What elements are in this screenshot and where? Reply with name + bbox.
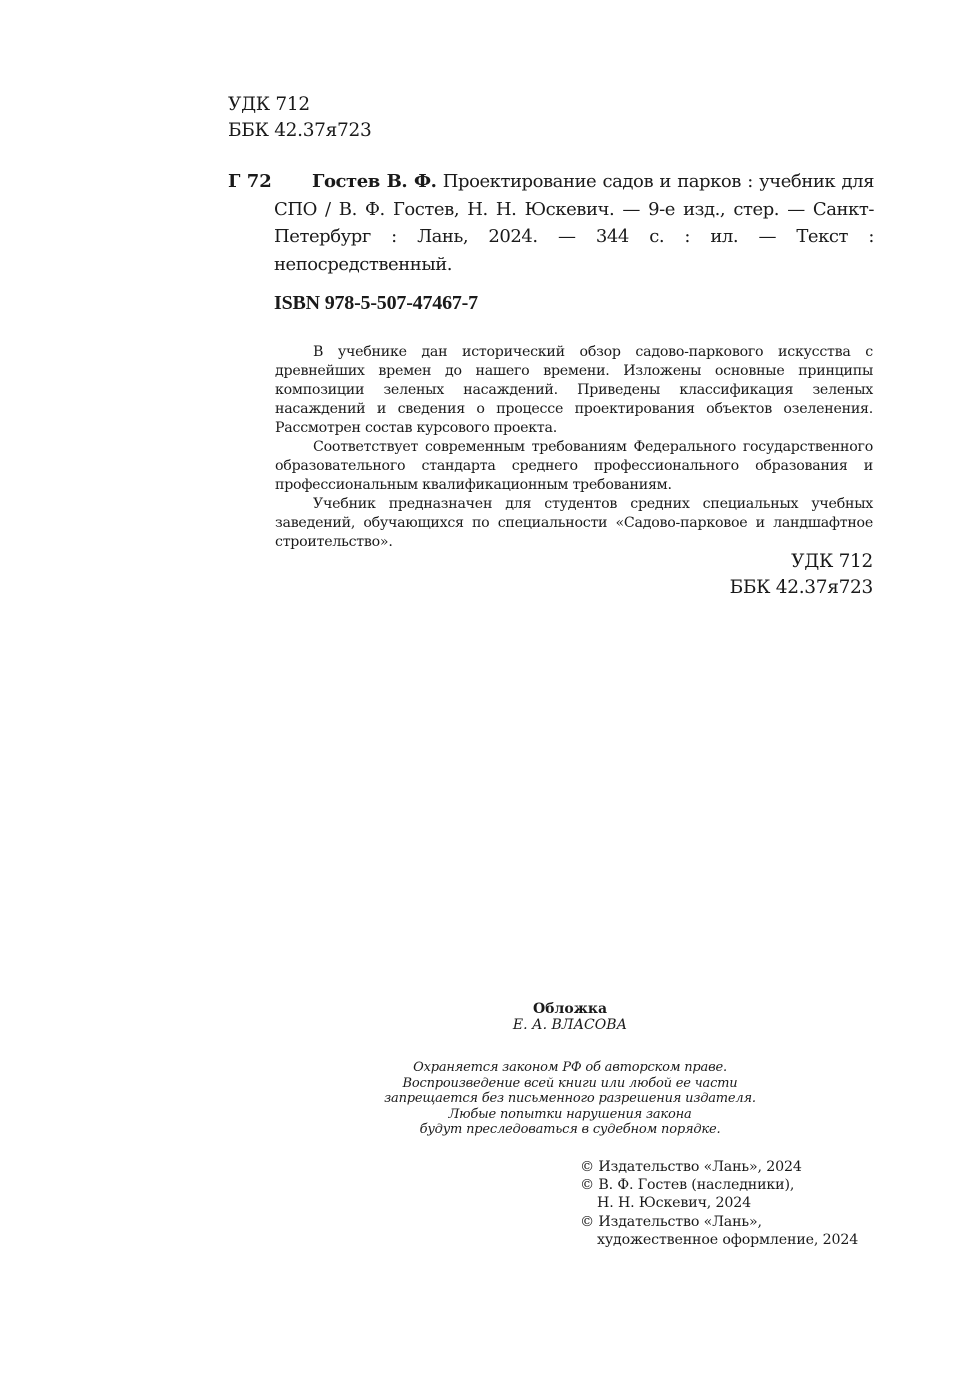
abstract: В учебнике дан исторический обзор садово… [275,343,873,552]
abstract-paragraph: Соответствует современным требованиям Фе… [275,438,873,495]
legal-notice: Охраняется законом РФ об авторском праве… [340,1060,800,1138]
author-sign-code: Г 72 [228,168,272,196]
legal-line: Любые попытки нарушения закона [340,1107,800,1123]
copyright-block: © Издательство «Лань», 2024 © В. Ф. Гост… [580,1158,858,1249]
bibliographic-entry: Г 72 Гостев В. Ф. Проектирование садов и… [228,168,874,278]
copyright-line: © Издательство «Лань», 2024 [580,1158,858,1176]
abstract-paragraph: В учебнике дан исторический обзор садово… [275,343,873,438]
cover-credit: Обложка Е. А. ВЛАСОВА [370,1001,770,1033]
legal-line: Воспроизведение всей книги или любой ее … [340,1076,800,1092]
classification-bottom: УДК 712 ББК 42.37я723 [730,549,873,601]
copyright-line: © Издательство «Лань», [580,1213,858,1231]
cover-label: Обложка [370,1001,770,1017]
bibliographic-description: Гостев В. Ф. Проектирование садов и парк… [274,168,874,278]
legal-line: будут преследоваться в судебном порядке. [340,1122,800,1138]
author-name: Гостев В. Ф. [312,171,436,192]
copyright-continuation: Н. Н. Юскевич, 2024 [580,1194,858,1212]
legal-line: Охраняется законом РФ об авторском праве… [340,1060,800,1076]
udk-code: УДК 712 [228,92,371,118]
copyright-continuation: художественное оформление, 2024 [580,1231,858,1249]
bbk-code: ББК 42.37я723 [228,118,371,144]
classification-top: УДК 712 ББК 42.37я723 [228,92,371,144]
abstract-paragraph: Учебник предназначен для студентов средн… [275,495,873,552]
copyright-line: © В. Ф. Гостев (наследники), [580,1176,858,1194]
bbk-code: ББК 42.37я723 [730,575,873,601]
isbn: ISBN 978-5-507-47467-7 [274,292,478,315]
udk-code: УДК 712 [730,549,873,575]
legal-line: запрещается без письменного разрешения и… [340,1091,800,1107]
cover-designer-name: Е. А. ВЛАСОВА [370,1017,770,1033]
